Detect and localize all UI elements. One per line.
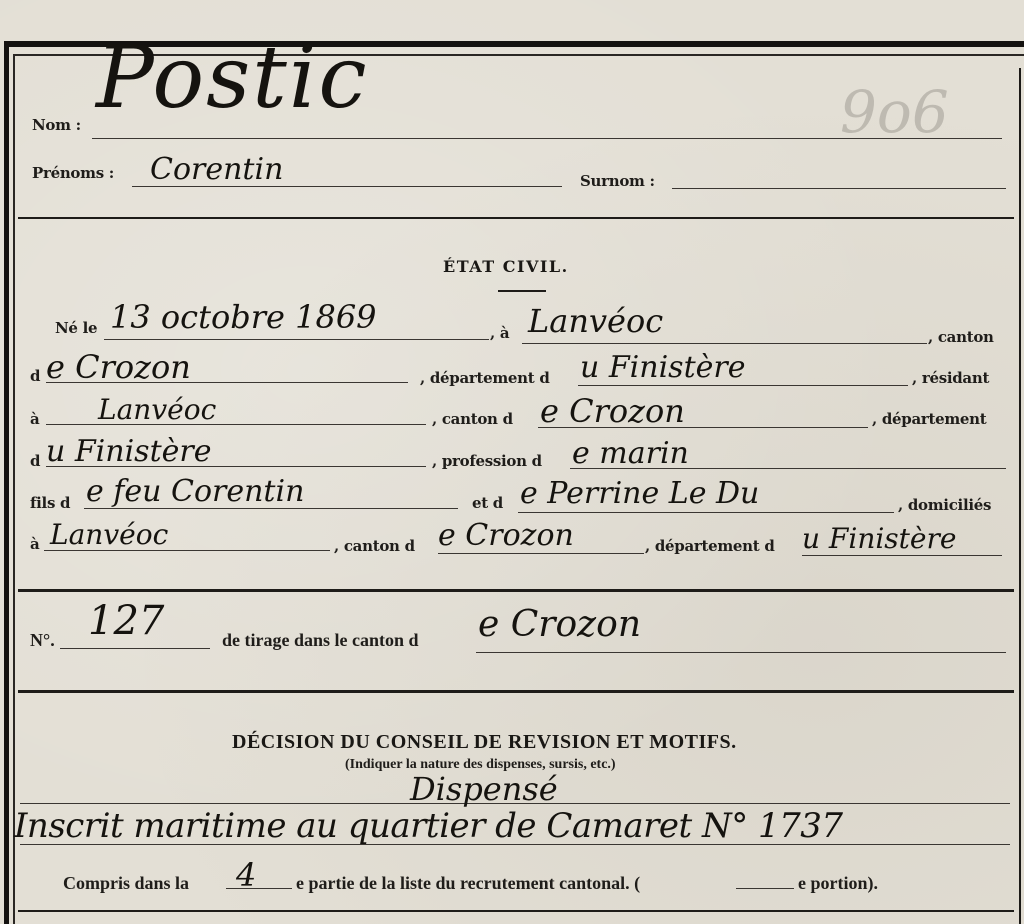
surnom-label: Surnom : <box>580 172 655 190</box>
motif-value: Inscrit maritime au quartier de Camaret … <box>14 806 843 846</box>
section-divider <box>18 589 1014 592</box>
portion-blank <box>736 888 794 889</box>
parents-canton: e Crozon <box>438 518 574 553</box>
document-page: 9o6 Nom : Postic Prénoms : Corentin Surn… <box>0 0 1024 924</box>
nom-value: Postic <box>96 28 369 128</box>
et-de-label: et d <box>472 494 503 512</box>
de-label-2: d <box>30 452 40 470</box>
tirage-text: de tirage dans le canton d <box>222 630 419 651</box>
parents-residence: Lanvéoc <box>50 518 168 551</box>
a-label-3: à <box>30 535 39 553</box>
profession: e marin <box>572 436 689 471</box>
short-rule <box>498 290 546 292</box>
ne-le-label: Né le <box>55 319 97 337</box>
line <box>476 652 1006 653</box>
section-divider <box>18 690 1014 693</box>
decision-title: DÉCISION DU CONSEIL DE REVISION ET MOTIF… <box>232 731 737 754</box>
line <box>60 648 210 649</box>
line <box>438 553 644 554</box>
prenoms-value: Corentin <box>150 152 283 187</box>
a-label-2: à <box>30 410 39 428</box>
no-label: N°. <box>30 630 55 651</box>
tirage-number: 127 <box>88 598 164 644</box>
departement-label-3: , département d <box>645 537 775 555</box>
fils-de-label: fils d <box>30 494 70 512</box>
line <box>802 555 1002 556</box>
domicilies-label: , domiciliés <box>898 496 991 514</box>
profession-label: , profession d <box>432 452 542 470</box>
section-divider <box>18 910 1014 912</box>
residence-departement: u Finistère <box>46 434 211 469</box>
faint-stamp: 9o6 <box>840 78 949 146</box>
section-divider <box>18 217 1014 219</box>
birth-place: Lanvéoc <box>528 302 663 340</box>
birth-date: 13 octobre 1869 <box>110 298 377 336</box>
departement-label-2: , département <box>872 410 986 428</box>
canton-de-label-2: , canton d <box>334 537 415 555</box>
compris-label: Compris dans la <box>63 873 189 894</box>
nom-label: Nom : <box>32 116 81 134</box>
birth-departement: u Finistère <box>580 350 745 385</box>
mother: e Perrine Le Du <box>520 476 759 511</box>
line <box>578 385 908 386</box>
partie-suffix: e partie de la liste du recrutement cant… <box>296 873 640 894</box>
frame-border-left <box>4 41 9 924</box>
nom-line <box>92 138 1002 139</box>
tirage-canton: e Crozon <box>478 604 641 645</box>
departement-label: , département d <box>420 369 550 387</box>
surnom-line <box>672 188 1006 189</box>
residence-canton: e Crozon <box>540 392 685 430</box>
frame-border-left-inner <box>13 54 15 924</box>
a-label: , à <box>490 324 509 342</box>
canton-de-label: , canton d <box>432 410 513 428</box>
partie-value: 4 <box>236 856 256 894</box>
line <box>522 343 927 344</box>
canton-label: , canton <box>928 328 994 346</box>
residant-label: , résidant <box>912 369 989 387</box>
portion-suffix: e portion). <box>798 873 878 894</box>
etat-civil-title: ÉTAT CIVIL. <box>443 257 569 276</box>
line <box>518 512 894 513</box>
birth-canton: e Crozon <box>46 348 191 386</box>
parents-departement: u Finistère <box>802 522 956 555</box>
de-label: d <box>30 367 40 385</box>
residence: Lanvéoc <box>98 393 216 426</box>
father: e feu Corentin <box>86 474 304 509</box>
line <box>104 339 489 340</box>
frame-border-right <box>1019 68 1021 924</box>
prenoms-label: Prénoms : <box>32 164 114 182</box>
decision-value: Dispensé <box>410 770 558 808</box>
